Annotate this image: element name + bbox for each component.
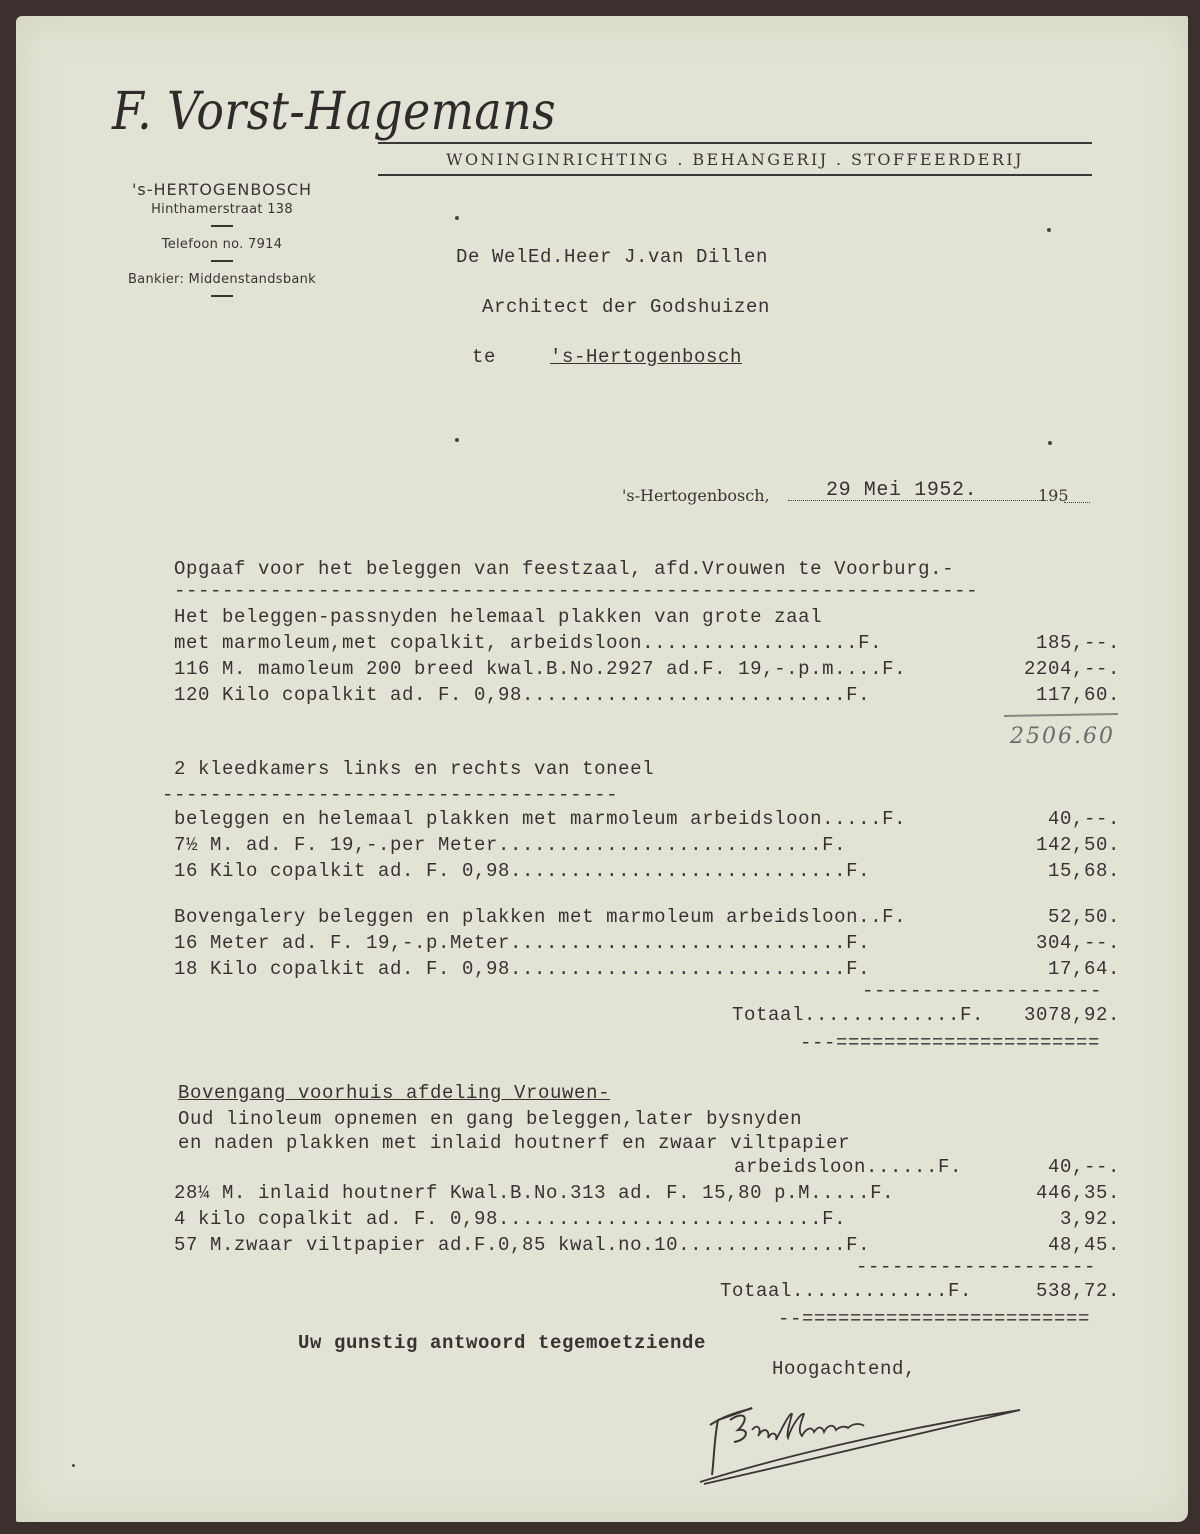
line-item-desc: 18 Kilo copalkit ad. F. 0,98............… [174, 956, 870, 982]
line-item: Bovengalery beleggen en plakken met marm… [174, 904, 1120, 930]
divider [211, 295, 233, 297]
sender-phone: Telefoon no. 7914 [102, 237, 342, 252]
total-amount: 3078,92. [1024, 1002, 1120, 1028]
section2-rule: -------------------------------------- [162, 782, 618, 808]
paper-speck [72, 1464, 75, 1467]
sender-address: Hinthamerstraat 138 [102, 202, 342, 217]
line-item-amount: 117,60. [1036, 682, 1120, 708]
recipient-name: De WelEd.Heer J.van Dillen [456, 244, 768, 270]
line-item: 4 kilo copalkit ad. F. 0,98.............… [174, 1206, 1120, 1232]
section3-title: Bovengang voorhuis afdeling Vrouwen- [178, 1080, 610, 1106]
divider [211, 225, 233, 227]
line-item-amount: 40,--. [1048, 1154, 1120, 1180]
line-item-desc: 7½ M. ad. F. 19,-.per Meter.............… [174, 832, 846, 858]
recipient-title: Architect der Godshuizen [482, 294, 770, 320]
line-item: arbeidsloon......F. 40,--. [734, 1154, 1120, 1180]
line-item-amount: 185,--. [1036, 630, 1120, 656]
dateline-place: 's-Hertogenbosch, [622, 486, 770, 505]
section1-rule: ----------------------------------------… [174, 578, 978, 604]
recipient-city: 's-Hertogenbosch [550, 344, 742, 370]
line-item-desc: arbeidsloon......F. [734, 1154, 962, 1180]
line-item-desc: 4 kilo copalkit ad. F. 0,98.............… [174, 1206, 846, 1232]
line-item-desc: 120 Kilo copalkit ad. F. 0,98...........… [174, 682, 870, 708]
line-item: 120 Kilo copalkit ad. F. 0,98...........… [174, 682, 1120, 708]
line-item-amount: 15,68. [1048, 858, 1120, 884]
total-amount: 538,72. [1036, 1278, 1120, 1304]
line-item-desc: 28¼ M. inlaid houtnerf Kwal.B.No.313 ad.… [174, 1180, 894, 1206]
total-row: Totaal.............F. 3078,92. [732, 1002, 1120, 1028]
section3-labour: arbeidsloon......F. 40,--. [734, 1154, 1120, 1180]
line-item-desc: met marmoleum,met copalkit, arbeidsloon.… [174, 630, 882, 656]
line-item: 16 Meter ad. F. 19,-.p.Meter............… [174, 930, 1120, 956]
line-item: 16 Kilo copalkit ad. F. 0,98............… [174, 858, 1120, 884]
section3-lines: 28¼ M. inlaid houtnerf Kwal.B.No.313 ad.… [174, 1180, 1120, 1258]
closing-line: Uw gunstig antwoord tegemoetziende [298, 1330, 706, 1356]
line-item-desc: 116 M. mamoleum 200 breed kwal.B.No.2927… [174, 656, 906, 682]
line-item-desc: beleggen en helemaal plakken met marmole… [174, 806, 906, 832]
signature-icon [690, 1380, 1030, 1490]
handwritten-subtotal: 2506.60 [1010, 724, 1115, 749]
line-item: 7½ M. ad. F. 19,-.per Meter.............… [174, 832, 1120, 858]
line-item-amount: 142,50. [1036, 832, 1120, 858]
sender-block: 's-HERTOGENBOSCH Hinthamerstraat 138 Tel… [102, 180, 342, 307]
divider [211, 260, 233, 262]
line-item-amount: 446,35. [1036, 1180, 1120, 1206]
sender-city: 's-HERTOGENBOSCH [102, 180, 342, 199]
line-item-desc: 16 Meter ad. F. 19,-.p.Meter............… [174, 930, 870, 956]
section3-desc1: Oud linoleum opnemen en gang beleggen,la… [178, 1106, 802, 1132]
line-item: met marmoleum,met copalkit, arbeidsloon.… [174, 630, 1120, 656]
line-item-amount: 3,92. [1060, 1206, 1120, 1232]
sum-rule: -------------------- [862, 978, 1102, 1004]
line-item-desc: Bovengalery beleggen en plakken met marm… [174, 904, 906, 930]
section2-lines-b: Bovengalery beleggen en plakken met marm… [174, 904, 1120, 982]
total-label: Totaal.............F. [732, 1002, 984, 1028]
double-rule: --======================== [778, 1306, 1090, 1332]
section1-intro: Het beleggen-passnyden helemaal plakken … [174, 604, 822, 630]
company-tagline: WONINGINRICHTING . BEHANGERIJ . STOFFEER… [446, 150, 1024, 169]
line-item-amount: 52,50. [1048, 904, 1120, 930]
line-item-amount: 40,--. [1048, 806, 1120, 832]
line-item-desc: 16 Kilo copalkit ad. F. 0,98............… [174, 858, 870, 884]
line-item: beleggen en helemaal plakken met marmole… [174, 806, 1120, 832]
window-mark [1047, 228, 1051, 232]
section2-lines: beleggen en helemaal plakken met marmole… [174, 806, 1120, 884]
section2-title: 2 kleedkamers links en rechts van toneel [174, 756, 654, 782]
line-item: 28¼ M. inlaid houtnerf Kwal.B.No.313 ad.… [174, 1180, 1120, 1206]
section2-total: Totaal.............F. 3078,92. [732, 1002, 1120, 1028]
line-item-amount: 304,--. [1036, 930, 1120, 956]
line-item-amount: 2204,--. [1024, 656, 1120, 682]
sender-bank: Bankier: Middenstandsbank [102, 272, 342, 287]
total-label: Totaal.............F. [720, 1278, 972, 1304]
year-dotted-line [1064, 478, 1090, 503]
line-item: 116 M. mamoleum 200 breed kwal.B.No.2927… [174, 656, 1120, 682]
closing-greeting: Hoogachtend, [772, 1356, 916, 1382]
company-name: F. Vorst-Hagemans [112, 82, 556, 142]
window-mark [455, 216, 459, 220]
section1-lines: met marmoleum,met copalkit, arbeidsloon.… [174, 630, 1120, 708]
window-mark [1048, 441, 1052, 445]
total-row: Totaal.............F. 538,72. [720, 1278, 1120, 1304]
section3-total: Totaal.............F. 538,72. [720, 1278, 1120, 1304]
double-rule: ---====================== [800, 1030, 1100, 1056]
tagline-banner: WONINGINRICHTING . BEHANGERIJ . STOFFEER… [378, 142, 1092, 176]
window-mark [455, 438, 459, 442]
recipient-prefix: te [472, 344, 496, 370]
section3-desc2: en naden plakken met inlaid houtnerf en … [178, 1130, 850, 1156]
line-item-desc: 57 M.zwaar viltpapier ad.F.0,85 kwal.no.… [174, 1232, 870, 1258]
sum-rule: -------------------- [856, 1254, 1096, 1280]
letter-date: 29 Mei 1952. [826, 478, 977, 504]
